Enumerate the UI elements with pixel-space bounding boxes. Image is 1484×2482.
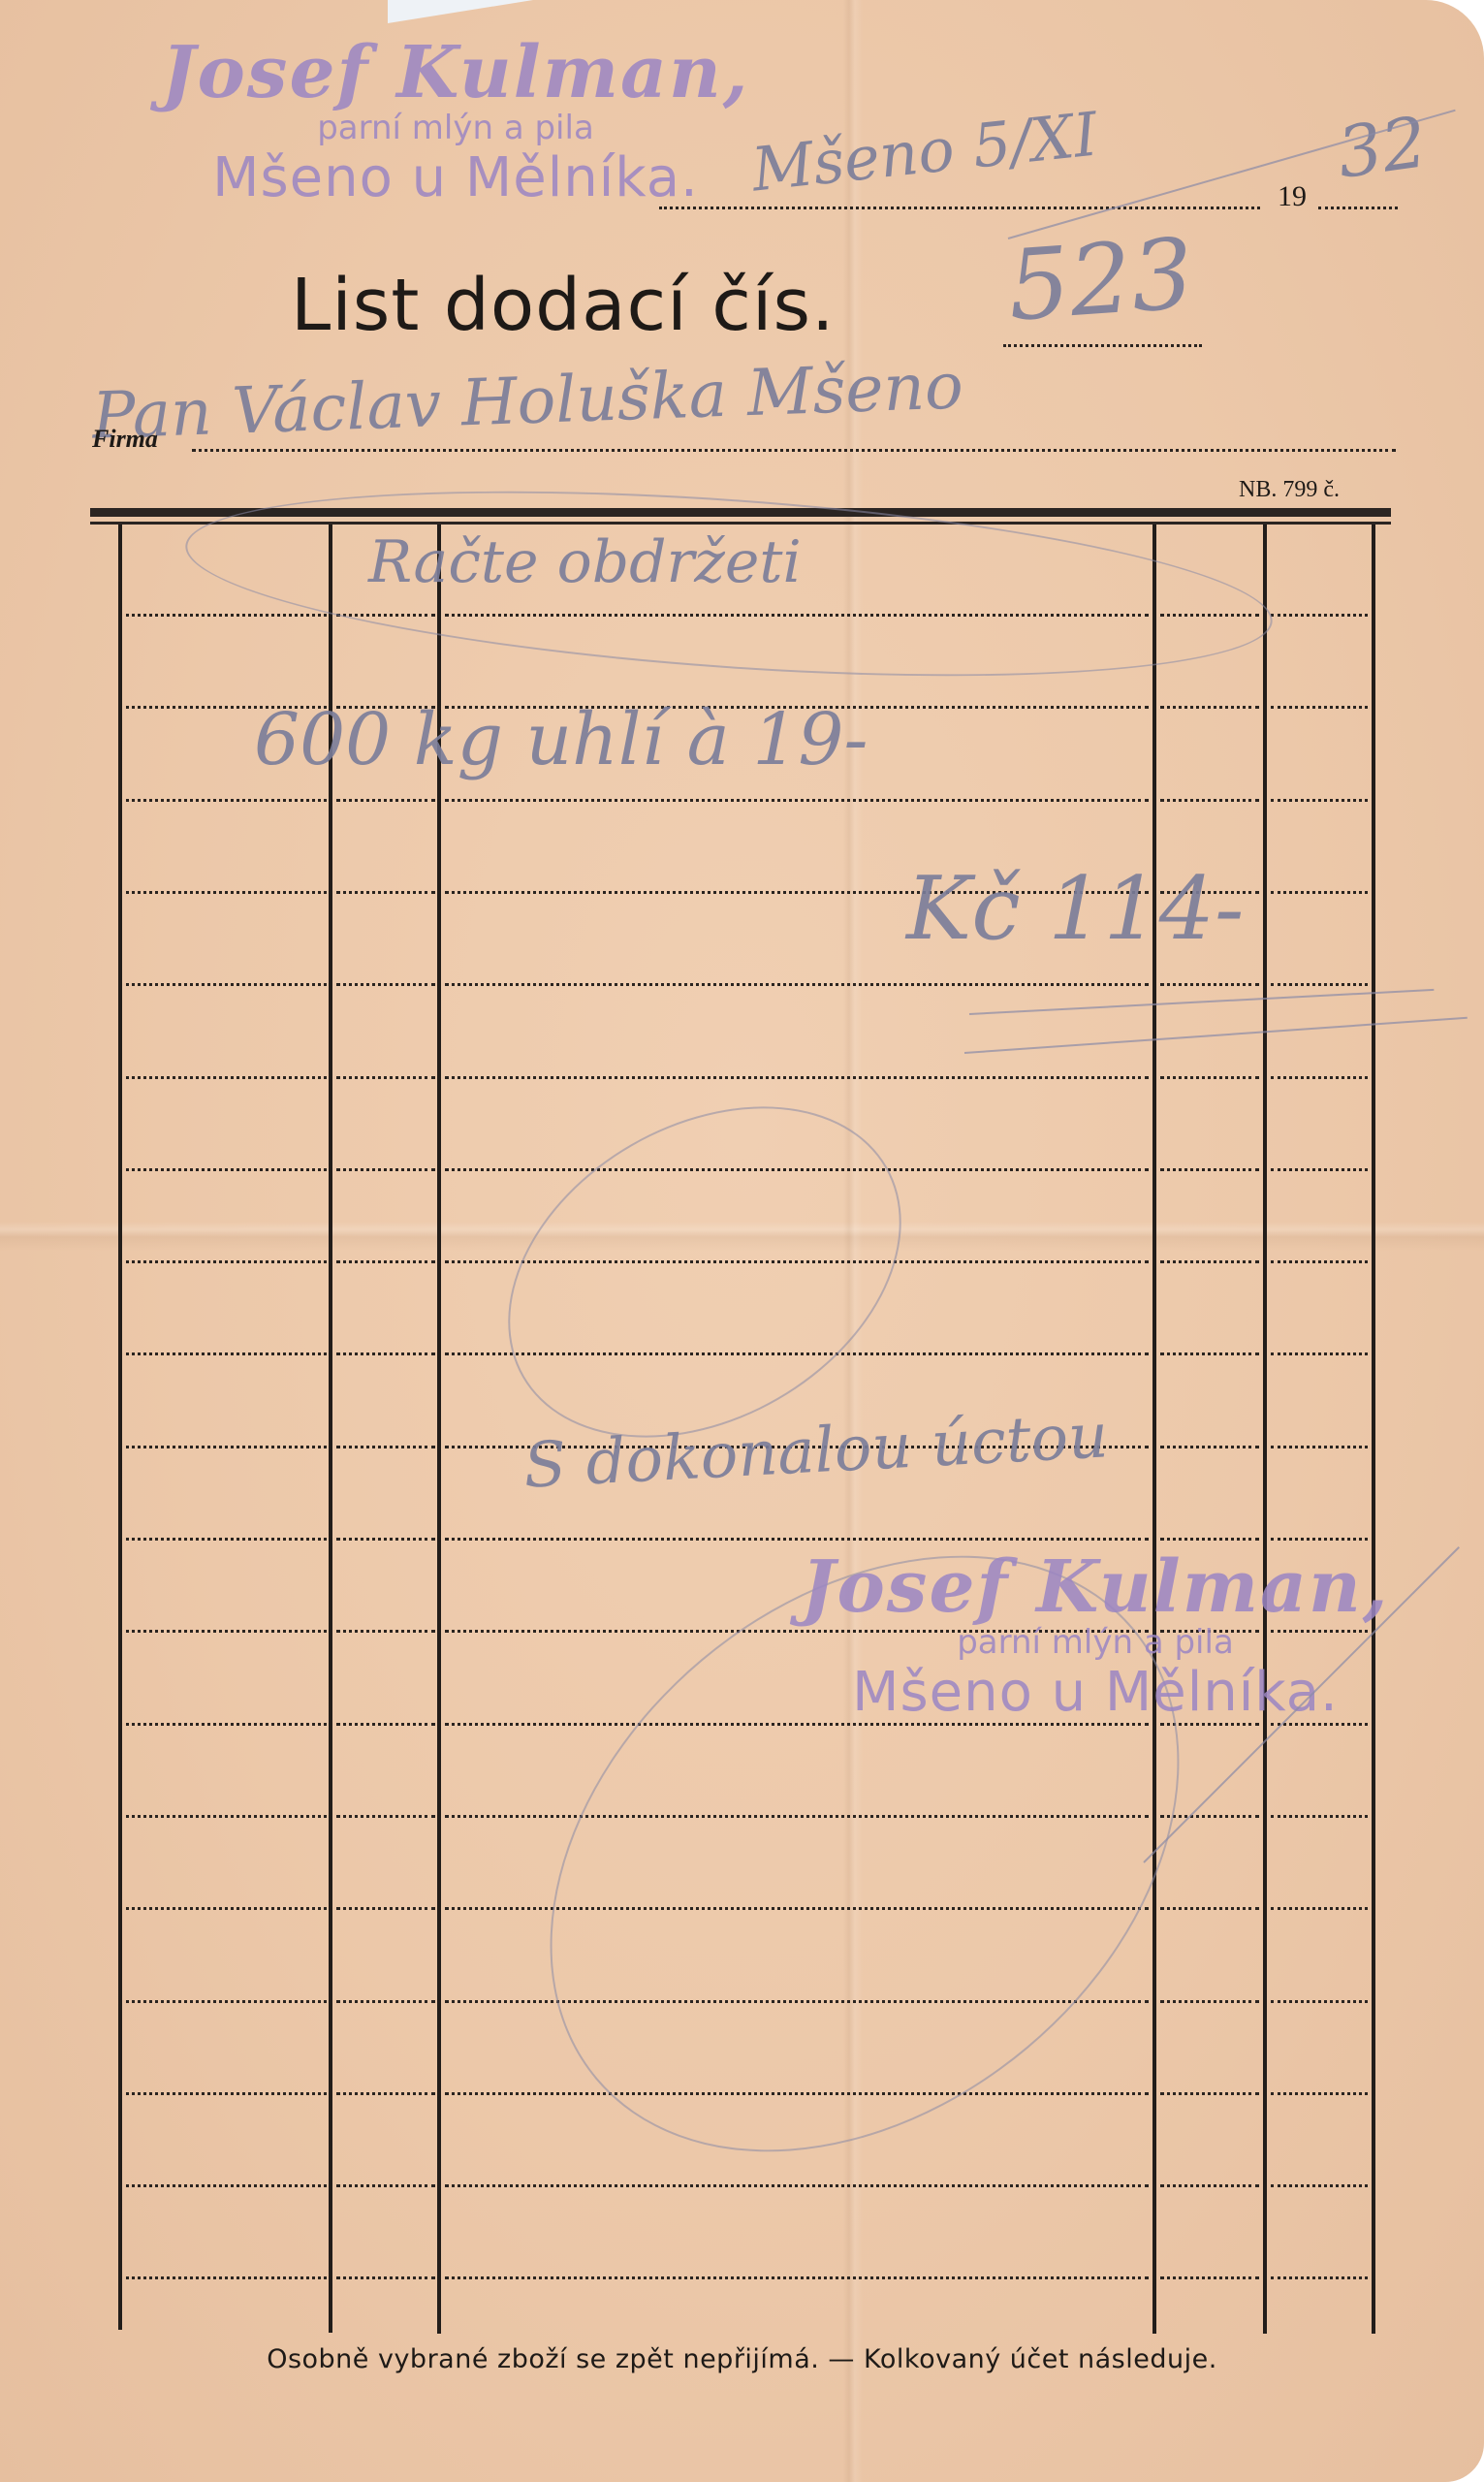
year-dotted-line <box>1318 207 1398 209</box>
row-dotted-line <box>336 1815 435 1818</box>
row-dotted-line <box>1271 1352 1368 1355</box>
row-dotted-line <box>1271 1168 1368 1171</box>
row-dotted-line <box>336 2000 435 2003</box>
row-dotted-line <box>336 2092 435 2095</box>
column-line-5 <box>1263 525 1267 2334</box>
column-line-3 <box>437 525 441 2334</box>
row-dotted-line <box>336 2184 435 2187</box>
row-dotted-line <box>1271 1076 1368 1079</box>
column-line-4 <box>1152 525 1156 2334</box>
row-dotted-line <box>336 891 435 894</box>
row-dotted-line <box>126 983 327 986</box>
row-dotted-line <box>126 1723 327 1726</box>
row-dotted-line <box>1160 1168 1259 1171</box>
row-dotted-line <box>445 2184 1149 2187</box>
firm-label: Firma <box>92 425 158 454</box>
row-dotted-line <box>1160 1907 1259 1910</box>
row-dotted-line <box>445 799 1149 802</box>
row-dotted-line <box>1271 1538 1368 1541</box>
row-dotted-line <box>1271 614 1368 617</box>
stamp-bottom: Josef Kulman, parní mlýn a pila Mšeno u … <box>795 1551 1396 1722</box>
row-dotted-line <box>1160 983 1259 986</box>
row-dotted-line <box>445 983 1149 986</box>
row-dotted-line <box>126 1260 327 1263</box>
stamp-place: Mšeno u Mělníka. <box>145 148 766 208</box>
row-dotted-line <box>336 799 435 802</box>
row-dotted-line <box>1271 983 1368 986</box>
row-dotted-line <box>126 1815 327 1818</box>
column-line-1 <box>118 525 122 2330</box>
row-dotted-line <box>1271 1260 1368 1263</box>
row-dotted-line <box>126 2276 327 2279</box>
row-dotted-line <box>336 1630 435 1633</box>
handwritten-total: Kč 114- <box>906 858 1244 960</box>
row-dotted-line <box>126 1446 327 1448</box>
row-dotted-line <box>1271 2092 1368 2095</box>
row-dotted-line <box>336 1446 435 1448</box>
row-dotted-line <box>1271 891 1368 894</box>
row-dotted-line <box>1271 799 1368 802</box>
row-dotted-line <box>1160 1076 1259 1079</box>
row-dotted-line <box>336 1168 435 1171</box>
year-prefix: 19 <box>1278 180 1307 213</box>
row-dotted-line <box>445 1538 1149 1541</box>
row-dotted-line <box>1160 1352 1259 1355</box>
date-dotted-line <box>659 207 1260 209</box>
row-dotted-line <box>1271 2276 1368 2279</box>
row-dotted-line <box>1160 2092 1259 2095</box>
row-dotted-line <box>126 2184 327 2187</box>
row-dotted-line <box>1160 799 1259 802</box>
row-dotted-line <box>1271 1815 1368 1818</box>
handwritten-greeting: Račte obdržeti <box>368 528 802 596</box>
handwritten-item-line: 600 kg uhlí à 19- <box>254 698 868 781</box>
stamp-name: Josef Kulman, <box>795 1551 1396 1623</box>
row-dotted-line <box>1160 2276 1259 2279</box>
row-dotted-line <box>336 1352 435 1355</box>
row-dotted-line <box>1160 706 1259 709</box>
row-dotted-line <box>1271 2184 1368 2187</box>
row-dotted-line <box>336 2276 435 2279</box>
row-dotted-line <box>126 2000 327 2003</box>
stamp-name: Josef Kulman, <box>145 37 766 109</box>
row-dotted-line <box>1160 1538 1259 1541</box>
row-dotted-line <box>126 799 327 802</box>
number-dotted-line <box>1003 344 1202 347</box>
row-dotted-line <box>336 1260 435 1263</box>
row-dotted-line <box>126 1630 327 1633</box>
row-dotted-line <box>1160 1815 1259 1818</box>
stamp-business: parní mlýn a pila <box>145 109 766 148</box>
row-dotted-line <box>126 891 327 894</box>
row-dotted-line <box>1160 1260 1259 1263</box>
row-dotted-line <box>126 614 327 617</box>
row-dotted-line <box>445 1076 1149 1079</box>
handwritten-year: 32 <box>1333 101 1432 194</box>
row-dotted-line <box>1160 2000 1259 2003</box>
row-dotted-line <box>336 1907 435 1910</box>
row-dotted-line <box>336 1723 435 1726</box>
page-title: List dodací čís. <box>291 264 836 347</box>
footer-notice: Osobně vybrané zboží se zpět nepřijímá. … <box>0 2344 1484 2374</box>
row-dotted-line <box>1271 1446 1368 1448</box>
stamp-business: parní mlýn a pila <box>795 1623 1396 1663</box>
row-dotted-line <box>336 983 435 986</box>
row-dotted-line <box>126 1352 327 1355</box>
stamp-place: Mšeno u Mělníka. <box>795 1663 1396 1723</box>
row-dotted-line <box>126 1076 327 1079</box>
handwritten-number: 523 <box>1004 216 1197 342</box>
form-code: NB. 799 č. <box>1239 477 1340 503</box>
row-dotted-line <box>1160 2184 1259 2187</box>
column-line-6 <box>1372 525 1375 2334</box>
row-dotted-line <box>445 2276 1149 2279</box>
row-dotted-line <box>126 1907 327 1910</box>
firm-dotted-line <box>192 449 1396 452</box>
row-dotted-line <box>1271 706 1368 709</box>
row-dotted-line <box>336 1538 435 1541</box>
stamp-top: Josef Kulman, parní mlýn a pila Mšeno u … <box>145 37 766 207</box>
row-dotted-line <box>1271 2000 1368 2003</box>
column-line-2 <box>329 525 332 2333</box>
row-dotted-line <box>336 1076 435 1079</box>
row-dotted-line <box>1160 1446 1259 1448</box>
row-dotted-line <box>126 2092 327 2095</box>
torn-notch <box>388 0 533 23</box>
row-dotted-line <box>126 1538 327 1541</box>
row-dotted-line <box>126 1168 327 1171</box>
row-dotted-line <box>1271 1907 1368 1910</box>
